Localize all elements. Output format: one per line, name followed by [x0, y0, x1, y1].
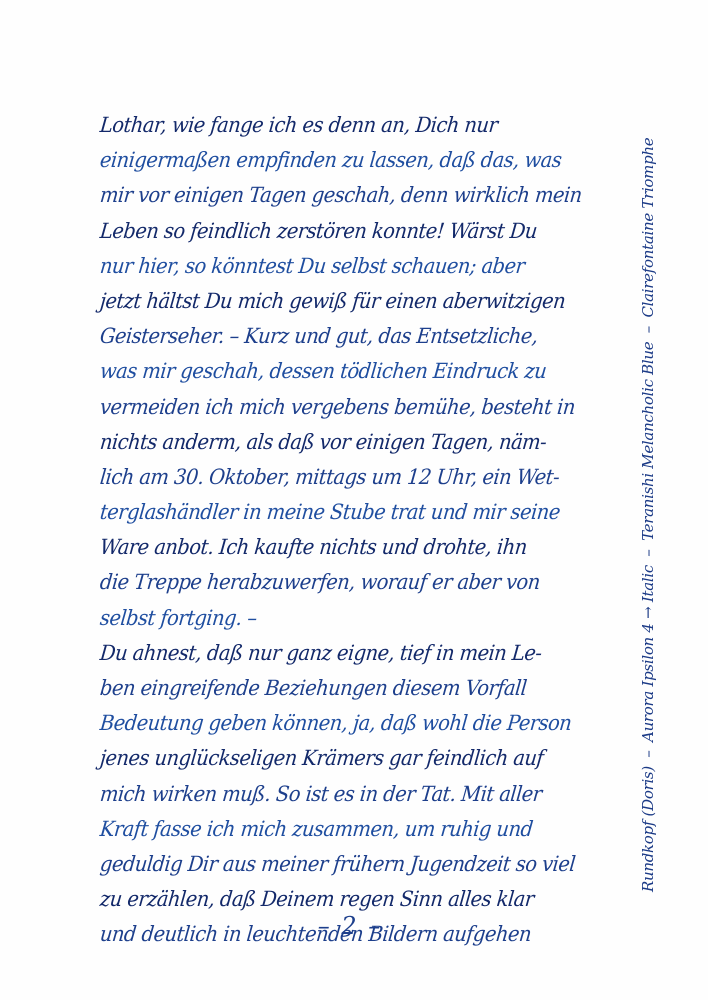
letter-line: mich wirken muß. So ist es in der Tat. M… — [98, 777, 585, 812]
letter-line: Du ahnest, daß nur ganz eigne, tief in m… — [98, 636, 585, 671]
letter-line: nur hier, so könntest Du selbst schauen;… — [98, 249, 585, 284]
letter-line: geduldig Dir aus meiner frühern Jugendze… — [98, 847, 585, 882]
letter-line: mir vor einigen Tagen geschah, denn wirk… — [98, 178, 585, 213]
letter-page: Lothar, wie fange ich es denn an, Dich n… — [0, 0, 708, 1000]
margin-note-pen-ink-paper: Rundkopf (Doris) – Aurora Ipsilon 4 → It… — [632, 102, 664, 892]
letter-line: lich am 30. Oktober, mittags um 12 Uhr, … — [98, 460, 585, 495]
letter-line: Bedeutung geben können, ja, daß wohl die… — [98, 706, 585, 741]
margin-note-pen: Aurora Ipsilon 4 → Italic — [639, 565, 657, 742]
margin-note-nib: Rundkopf (Doris) — [639, 766, 657, 892]
letter-line: terglashändler in meine Stube trat und m… — [98, 495, 585, 530]
letter-line: Ware anbot. Ich kaufte nichts und drohte… — [98, 530, 585, 565]
letter-line: Geisterseher. – Kurz und gut, das Entset… — [98, 319, 585, 354]
letter-line: nichts anderm, als daß vor einigen Tagen… — [98, 425, 585, 460]
margin-note-separator: – — [639, 322, 657, 337]
margin-note-ink: Teranishi Melancholic Blue — [639, 342, 657, 541]
letter-body: Lothar, wie fange ich es denn an, Dich n… — [100, 108, 620, 953]
margin-note-separator: – — [639, 545, 657, 560]
letter-line: Kraft fasse ich mich zusammen, um ruhig … — [98, 812, 585, 847]
margin-note-separator: – — [639, 746, 657, 761]
letter-line: einigermaßen empfinden zu lassen, daß da… — [98, 143, 585, 178]
letter-line: jetzt hältst Du mich gewiß für einen abe… — [98, 284, 585, 319]
letter-line: selbst fortging. – — [98, 601, 585, 636]
page-number: – 2 – — [300, 912, 400, 940]
margin-note-paper: Clairefontaine Triomphe — [639, 138, 657, 318]
letter-line: was mir geschah, dessen tödlichen Eindru… — [98, 354, 585, 389]
letter-line: Lothar, wie fange ich es denn an, Dich n… — [98, 108, 585, 143]
letter-line: vermeiden ich mich vergebens bemühe, bes… — [98, 390, 585, 425]
letter-line: Leben so feindlich zerstören konnte! Wär… — [98, 214, 585, 249]
letter-line: die Treppe herabzuwerfen, worauf er aber… — [98, 565, 585, 600]
letter-line: jenes unglückseligen Krämers gar feindli… — [98, 741, 585, 776]
letter-line: ben eingreifende Beziehungen diesem Vorf… — [98, 671, 585, 706]
